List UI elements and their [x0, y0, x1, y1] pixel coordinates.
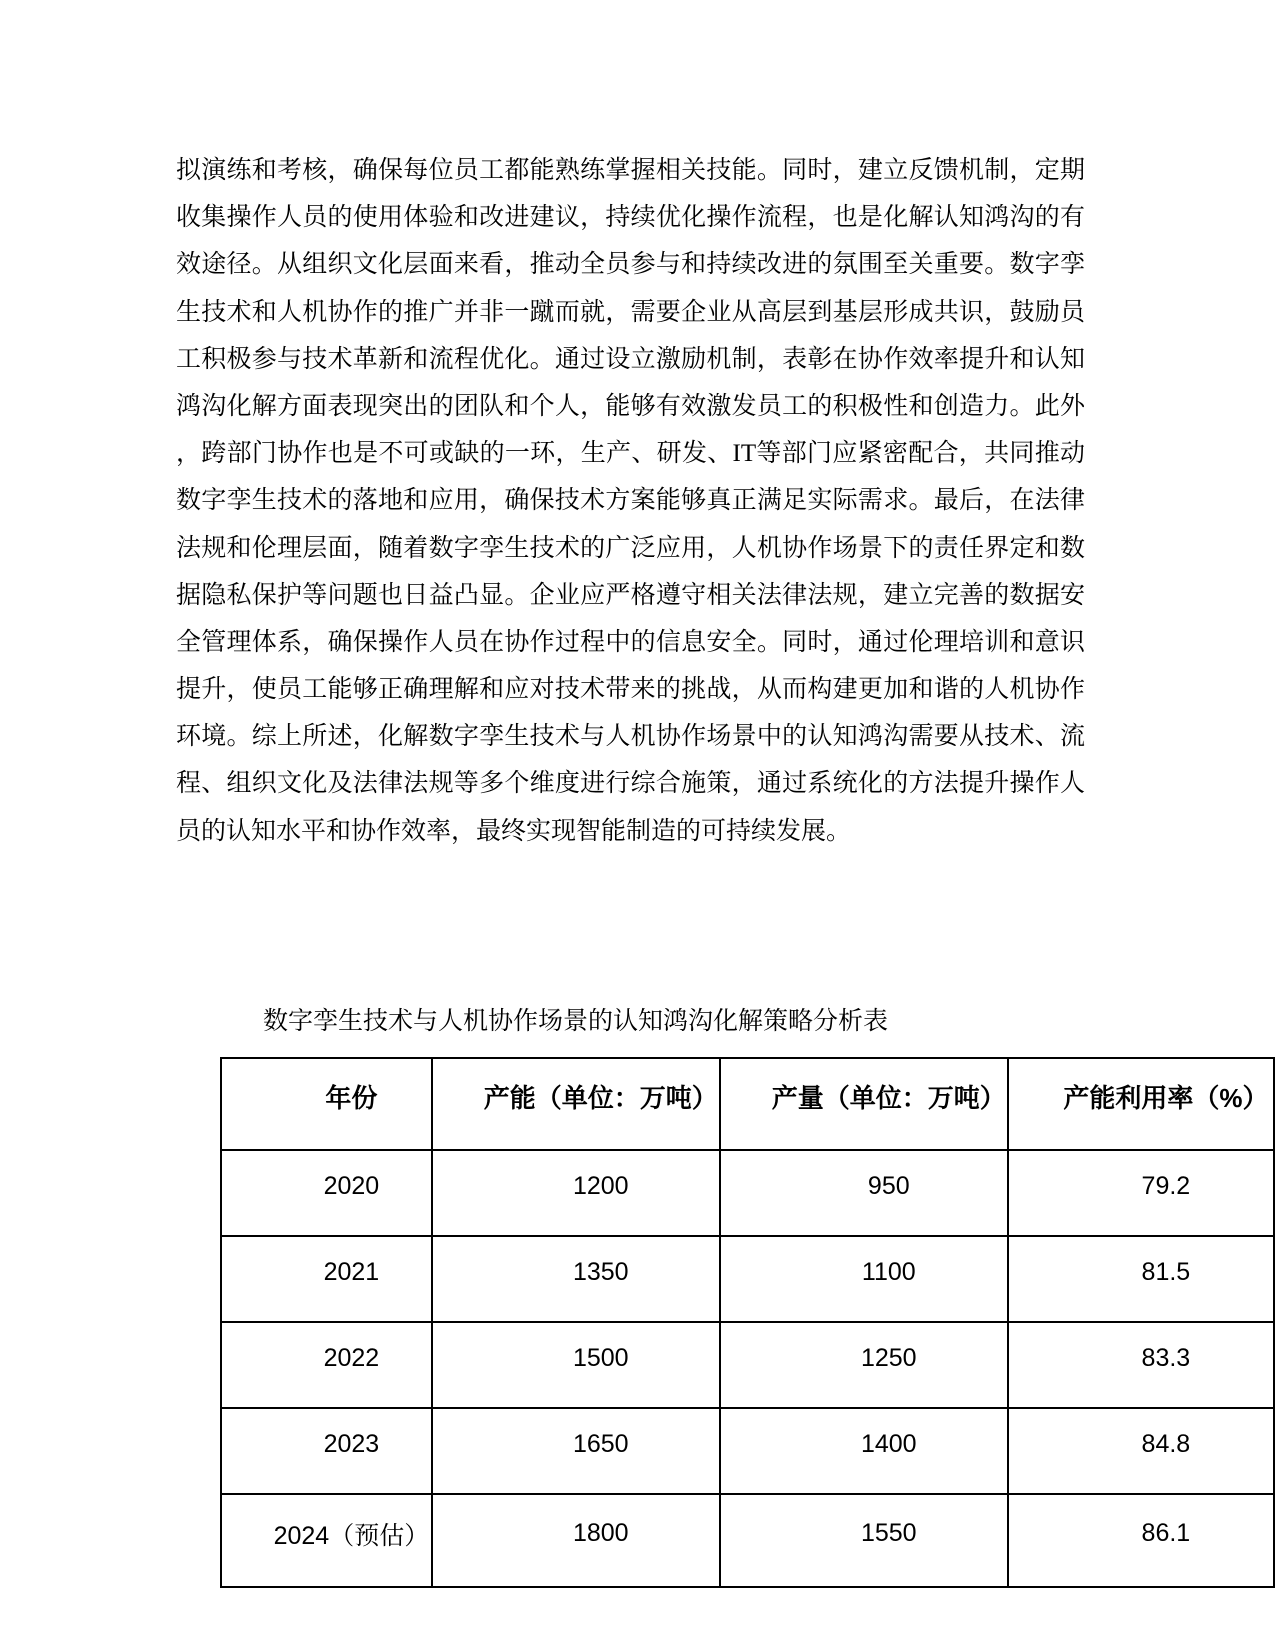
- table-row: 2020 1200 950 79.2: [221, 1150, 1274, 1236]
- table-row: 2024（预估） 1800 1550 86.1: [221, 1494, 1274, 1587]
- paragraph-line: 工积极参与技术革新和流程优化。通过设立激励机制，表彰在协作效率提升和认知: [176, 336, 1085, 383]
- paragraph-line: 效途径。从组织文化层面来看，推动全员参与和持续改进的氛围至关重要。数字孪: [176, 241, 1085, 288]
- table-cell-year: 2021: [221, 1236, 432, 1322]
- paragraph-line: 法规和伦理层面，随着数字孪生技术的广泛应用，人机协作场景下的责任界定和数: [176, 525, 1085, 572]
- analysis-table: 年份 产能（单位：万吨） 产量（单位：万吨） 产能利用率（%） 2020 120…: [220, 1057, 1275, 1588]
- paragraph-line: 员的认知水平和协作效率，最终实现智能制造的可持续发展。: [176, 808, 1085, 855]
- paragraph-line: 提升，使员工能够正确理解和应对技术带来的挑战，从而构建更加和谐的人机协作: [176, 666, 1085, 713]
- table-row: 2022 1500 1250 83.3: [221, 1322, 1274, 1408]
- table-cell-capacity: 1200: [432, 1150, 720, 1236]
- table-cell-capacity: 1500: [432, 1322, 720, 1408]
- table-row: 2021 1350 1100 81.5: [221, 1236, 1274, 1322]
- table-header-capacity: 产能（单位：万吨）: [432, 1058, 720, 1150]
- table-cell-year: 2022: [221, 1322, 432, 1408]
- table-title: 数字孪生技术与人机协作场景的认知鸿沟化解策略分析表: [263, 1005, 888, 1038]
- table-header-row: 年份 产能（单位：万吨） 产量（单位：万吨） 产能利用率（%）: [221, 1058, 1274, 1150]
- paragraph-line: 生技术和人机协作的推广并非一蹴而就，需要企业从高层到基层形成共识，鼓励员: [176, 289, 1085, 336]
- paragraph-line: 数字孪生技术的落地和应用，确保技术方案能够真正满足实际需求。最后，在法律: [176, 477, 1085, 524]
- paragraph-line: 全管理体系，确保操作人员在协作过程中的信息安全。同时，通过伦理培训和意识: [176, 619, 1085, 666]
- table-cell-output: 1400: [720, 1408, 1008, 1494]
- paragraph-line: 收集操作人员的使用体验和改进建议，持续优化操作流程，也是化解认知鸿沟的有: [176, 194, 1085, 241]
- paragraph-line: 鸿沟化解方面表现突出的团队和个人，能够有效激发员工的积极性和创造力。此外: [176, 383, 1085, 430]
- table-header-utilization: 产能利用率（%）: [1008, 1058, 1274, 1150]
- table-header-output: 产量（单位：万吨）: [720, 1058, 1008, 1150]
- paragraph-line: 据隐私保护等问题也日益凸显。企业应严格遵守相关法律法规，建立完善的数据安: [176, 572, 1085, 619]
- table-cell-capacity: 1350: [432, 1236, 720, 1322]
- paragraph-line: ，跨部门协作也是不可或缺的一环，生产、研发、IT等部门应紧密配合，共同推动: [176, 430, 1085, 477]
- table-row: 2023 1650 1400 84.8: [221, 1408, 1274, 1494]
- table-cell-utilization: 84.8: [1008, 1408, 1274, 1494]
- body-paragraph: 拟演练和考核，确保每位员工都能熟练掌握相关技能。同时，建立反馈机制，定期 收集操…: [176, 147, 1085, 855]
- table-cell-output: 1250: [720, 1322, 1008, 1408]
- table-cell-output: 950: [720, 1150, 1008, 1236]
- table-cell-output: 1100: [720, 1236, 1008, 1322]
- table-cell-utilization: 79.2: [1008, 1150, 1274, 1236]
- table-header-year: 年份: [221, 1058, 432, 1150]
- document-page: 拟演练和考核，确保每位员工都能熟练掌握相关技能。同时，建立反馈机制，定期 收集操…: [0, 0, 1275, 1650]
- table-cell-year: 2024（预估）: [221, 1494, 432, 1587]
- table-cell-year: 2020: [221, 1150, 432, 1236]
- paragraph-line: 拟演练和考核，确保每位员工都能熟练掌握相关技能。同时，建立反馈机制，定期: [176, 147, 1085, 194]
- paragraph-line: 环境。综上所述，化解数字孪生技术与人机协作场景中的认知鸿沟需要从技术、流: [176, 713, 1085, 760]
- table-cell-capacity: 1650: [432, 1408, 720, 1494]
- table-cell-utilization: 81.5: [1008, 1236, 1274, 1322]
- paragraph-line: 程、组织文化及法律法规等多个维度进行综合施策，通过系统化的方法提升操作人: [176, 760, 1085, 807]
- table-cell-year: 2023: [221, 1408, 432, 1494]
- table-cell-capacity: 1800: [432, 1494, 720, 1587]
- table-cell-output: 1550: [720, 1494, 1008, 1587]
- table-cell-utilization: 86.1: [1008, 1494, 1274, 1587]
- table-cell-utilization: 83.3: [1008, 1322, 1274, 1408]
